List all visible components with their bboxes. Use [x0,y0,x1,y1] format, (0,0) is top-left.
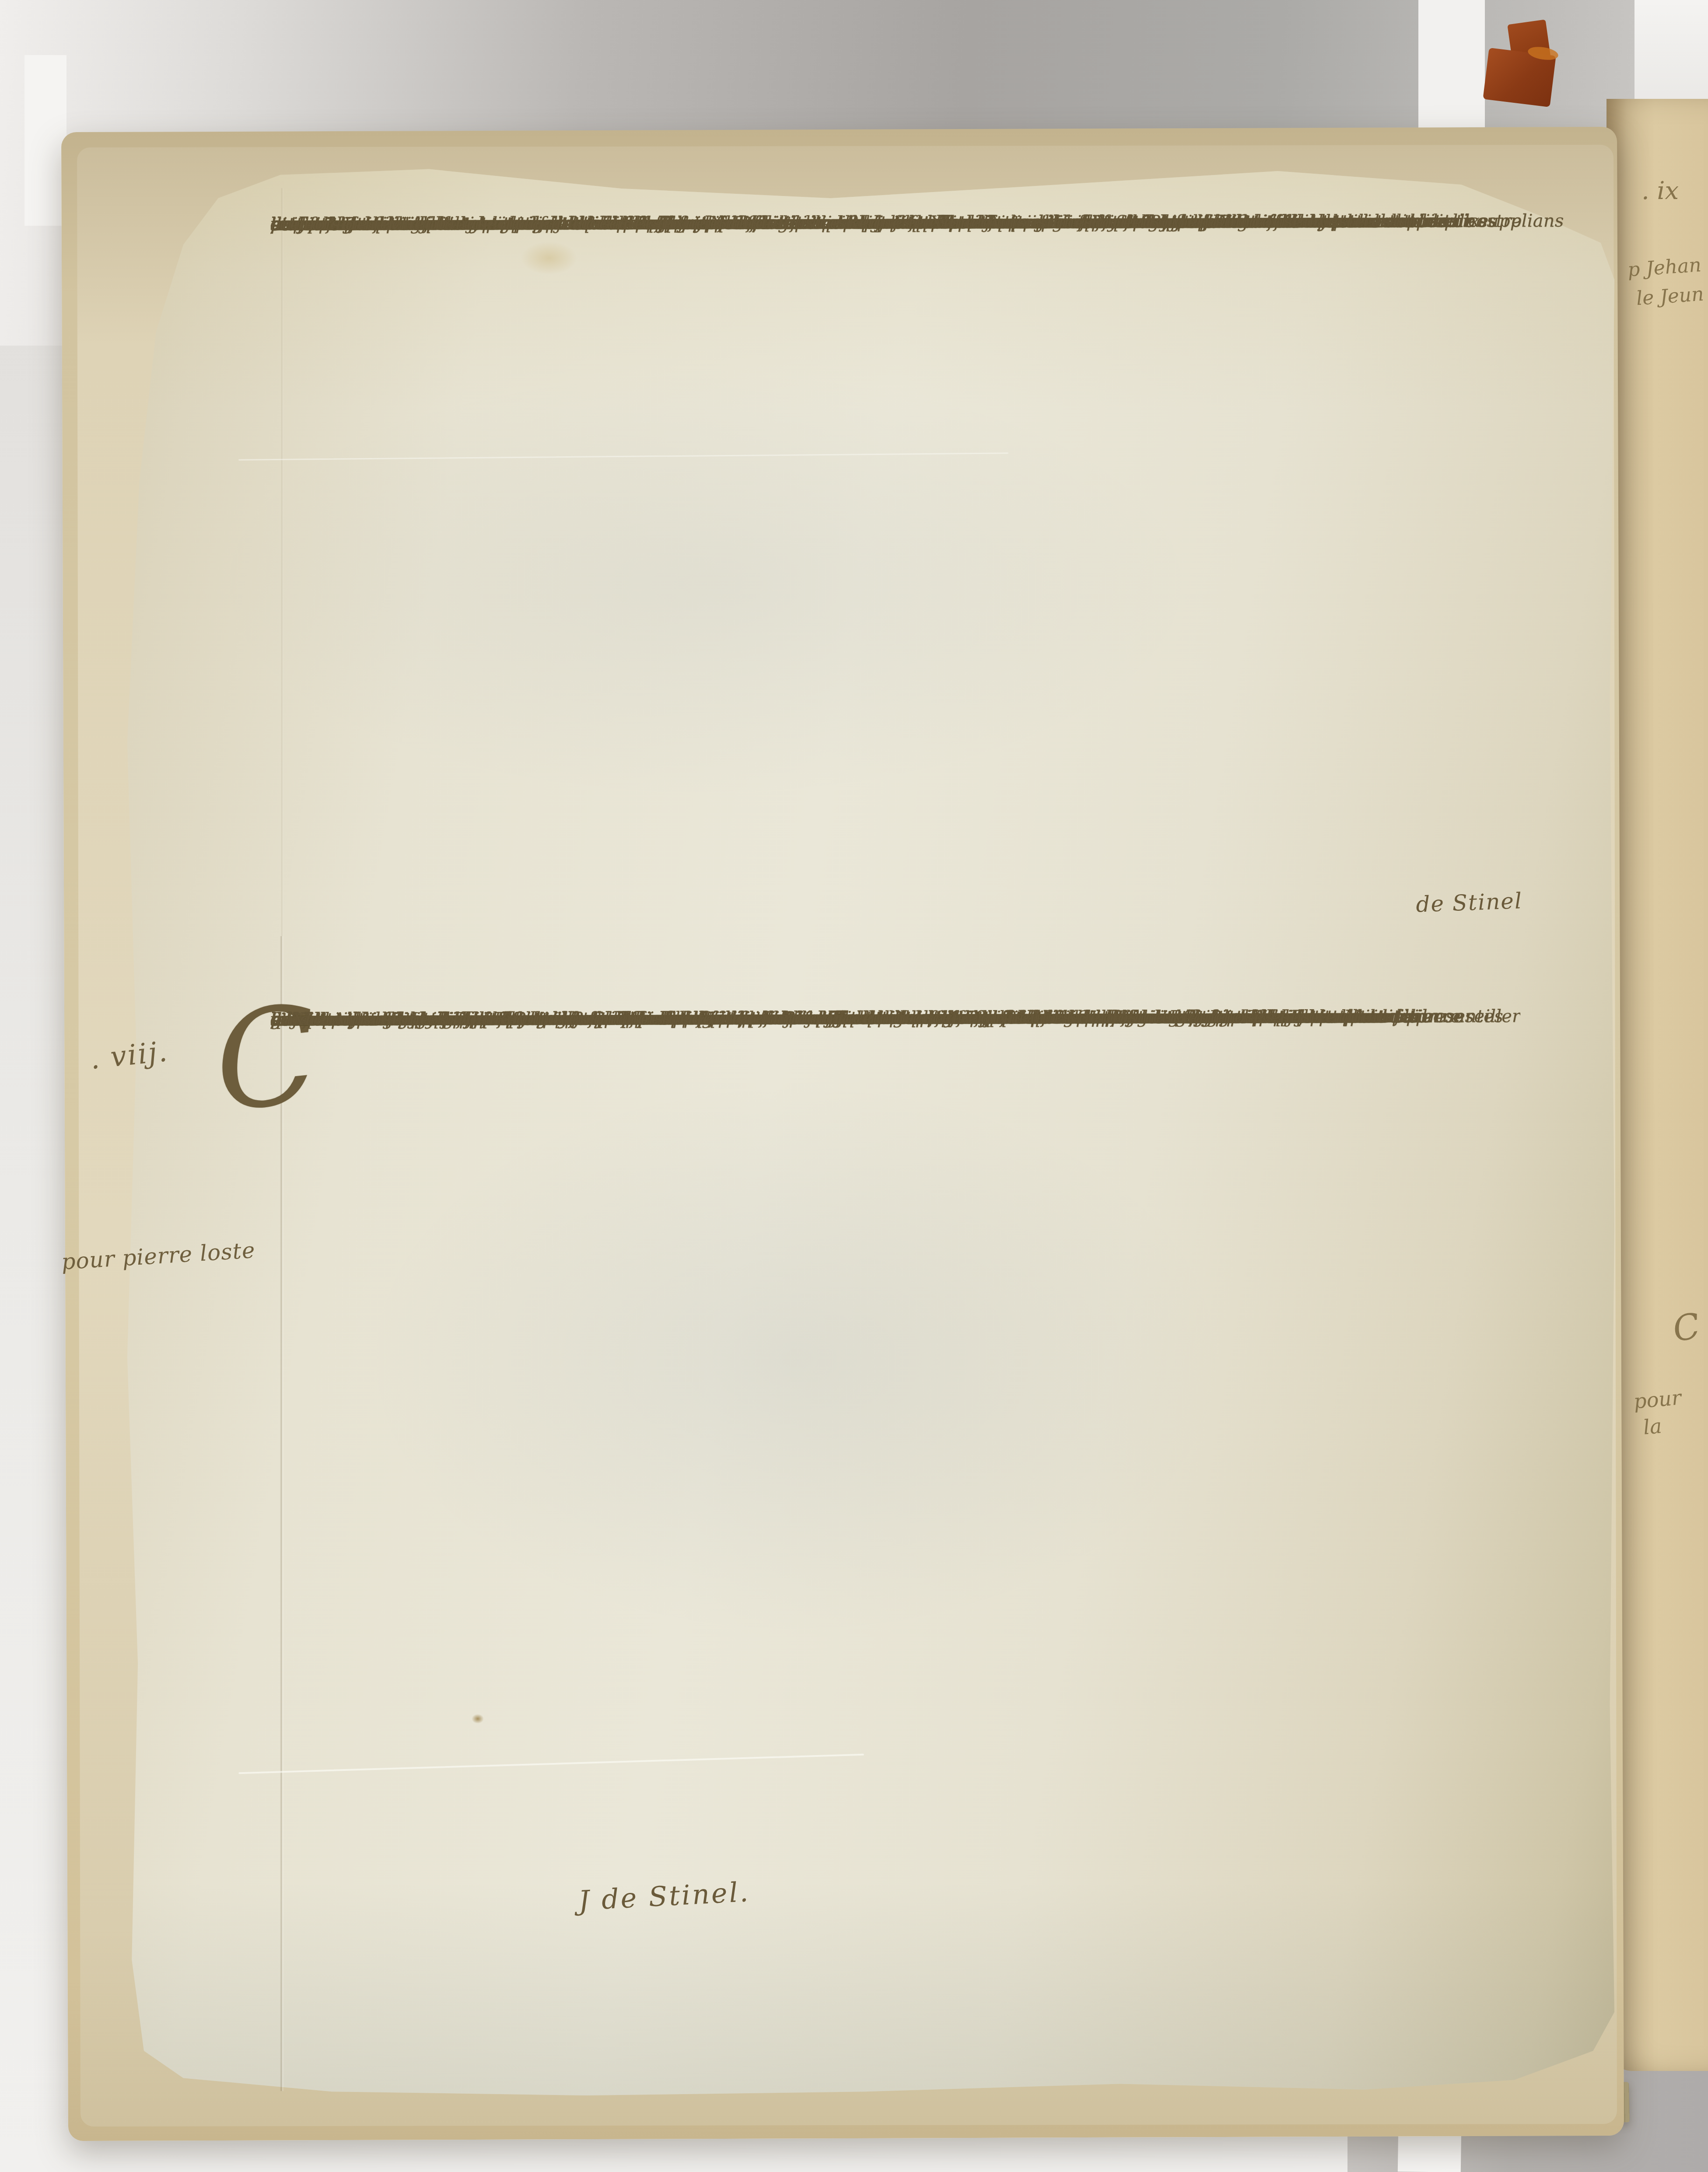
facing-note-fragment-2: la [1642,1414,1663,1439]
manuscript-photo: . ix p Jehan le Jeun C pour la et marcha… [0,0,1708,2172]
facing-note-fragment-1: pour [1633,1385,1682,1413]
facing-folio-number: . ix [1641,177,1679,205]
facing-margin-note-line2: le Jeun [1635,283,1704,310]
parchment-page [98,157,1614,2095]
fold-crease-upper [281,188,284,936]
manuscript-line: ou mois de fevrier lan de grace mil cccc… [270,205,1315,241]
stain-bottom [472,1714,484,1724]
manuscript-line: le XLe Ainsi signe Par le Roy. [270,1004,531,1035]
white-card-left [24,55,66,226]
stain-top [521,241,577,275]
